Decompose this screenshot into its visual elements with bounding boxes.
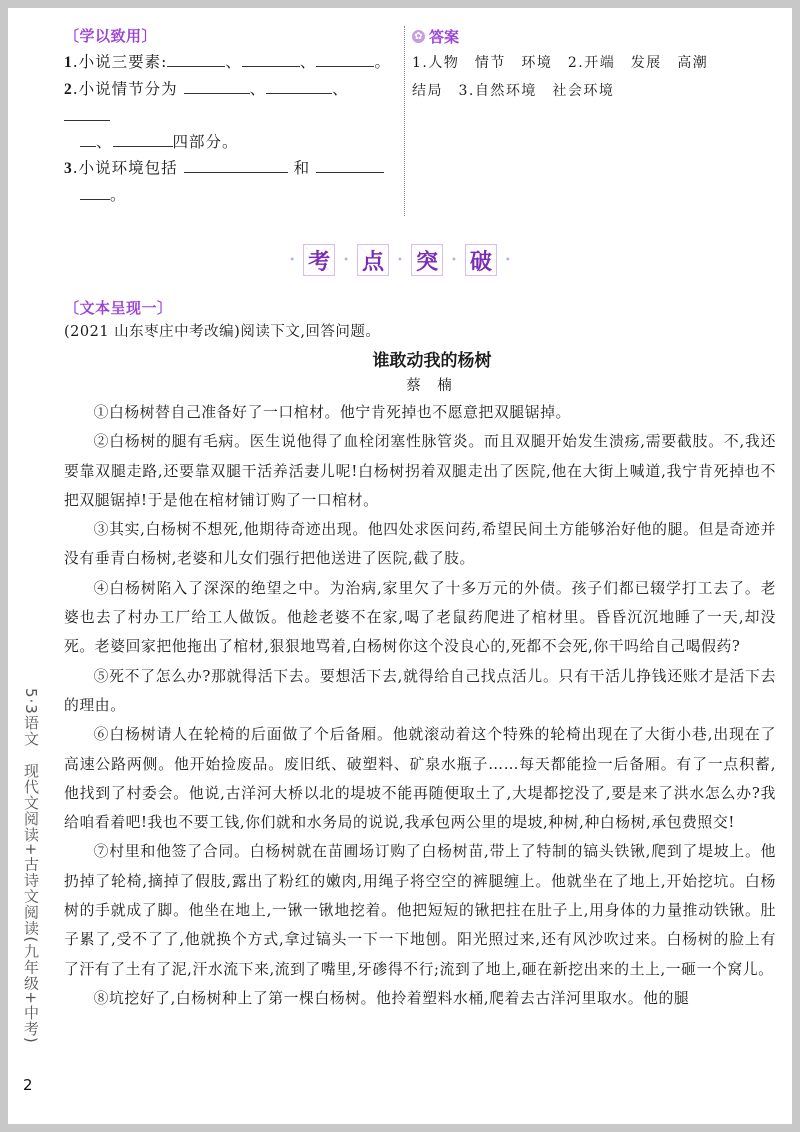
answer-line-2: 结局 3.自然环境 社会环境 bbox=[412, 77, 782, 105]
answer-section: ✿ 答案 1.人物 情节 环境 2.开端 发展 高潮 结局 3.自然环境 社会环… bbox=[412, 23, 782, 105]
paragraph-3: ③其实,白杨树不想死,他期待奇迹出现。他四处求医问药,希望民间土方能够治好他的腿… bbox=[64, 515, 776, 574]
paragraph-7: ⑦村里和他签了合同。白杨树就在苗圃场订购了白杨树苗,带上了特制的镐头铁锹,爬到了… bbox=[64, 837, 776, 983]
book-spine-label: 5·3语文 现代文阅读+古诗文阅读(九年级+中考) bbox=[18, 688, 42, 1044]
separator: 、 bbox=[96, 133, 113, 151]
reading-passage: 〔文本呈现一〕 (2021 山东枣庄中考改编)阅读下文,回答问题。 谁敢动我的杨… bbox=[64, 296, 776, 1013]
answer-header: ✿ 答案 bbox=[412, 23, 782, 49]
practice-tag: 〔学以致用〕 bbox=[64, 23, 394, 49]
answer-blank[interactable] bbox=[113, 132, 173, 147]
banner-char: 破 bbox=[465, 244, 497, 276]
question-3-text: .小说环境包括 bbox=[73, 159, 178, 177]
period: 。 bbox=[110, 186, 127, 204]
separator: 、 bbox=[300, 53, 317, 71]
question-2-number: 2 bbox=[64, 81, 73, 98]
conjunction: 和 bbox=[294, 159, 311, 177]
question-1-text: .小说三要素: bbox=[73, 53, 168, 71]
question-2-end: 四部分。 bbox=[173, 133, 239, 151]
separator: 、 bbox=[225, 53, 242, 71]
paragraph-1: ①白杨树替自己准备好了一口棺材。他宁肯死掉也不愿意把双腿锯掉。 bbox=[64, 398, 776, 427]
banner-char: 突 bbox=[411, 244, 443, 276]
answer-blank[interactable] bbox=[64, 106, 110, 121]
section-banner: • 考 • 点 • 突 • 破 • bbox=[8, 244, 792, 276]
paragraph-8: ⑧坑挖好了,白杨树种上了第一棵白杨树。他拎着塑料水桶,爬着去古洋河里取水。他的腿 bbox=[64, 984, 776, 1013]
answer-line-1: 1.人物 情节 环境 2.开端 发展 高潮 bbox=[412, 49, 782, 77]
question-3: 3.小说环境包括 和 bbox=[64, 155, 394, 182]
passage-intro: (2021 山东枣庄中考改编)阅读下文,回答问题。 bbox=[64, 320, 776, 344]
dot-decoration: • bbox=[505, 255, 511, 266]
dot-decoration: • bbox=[397, 255, 403, 266]
paragraph-4: ④白杨树陷入了深深的绝望之中。为治病,家里欠了十多万元的外债。孩子们都已辍学打工… bbox=[64, 574, 776, 662]
passage-author: 蔡 楠 bbox=[64, 374, 776, 398]
paragraph-6: ⑥白杨树请人在轮椅的后面做了个后备厢。他就滚动着这个特殊的轮椅出现在了大街小巷,… bbox=[64, 720, 776, 837]
banner-char: 考 bbox=[303, 244, 335, 276]
separator: 、 bbox=[250, 80, 267, 98]
practice-section: 〔学以致用〕 1.小说三要素:、、。 2.小说情节分为 、、 、四部分。 3.小… bbox=[64, 23, 394, 208]
column-divider bbox=[404, 26, 405, 216]
question-1: 1.小说三要素:、、。 bbox=[64, 49, 394, 76]
banner-char: 点 bbox=[357, 244, 389, 276]
answer-blank[interactable] bbox=[80, 185, 110, 200]
dot-decoration: • bbox=[289, 255, 295, 266]
separator: 、 bbox=[332, 80, 349, 98]
answer-blank[interactable] bbox=[316, 158, 384, 173]
question-2: 2.小说情节分为 、、 bbox=[64, 76, 394, 129]
document-page: 〔学以致用〕 1.小说三要素:、、。 2.小说情节分为 、、 、四部分。 3.小… bbox=[8, 8, 792, 1124]
dot-decoration: • bbox=[451, 255, 457, 266]
question-2-text: .小说情节分为 bbox=[73, 80, 178, 98]
answer-title: 答案 bbox=[429, 26, 459, 47]
answer-blank[interactable] bbox=[167, 52, 225, 67]
passage-title: 谁敢动我的杨树 bbox=[64, 348, 776, 374]
page-number: 2 bbox=[23, 1076, 33, 1094]
paragraph-2: ②白杨树的腿有毛病。医生说他得了血栓闭塞性脉管炎。而且双腿开始发生溃疡,需要截肢… bbox=[64, 427, 776, 515]
flower-icon: ✿ bbox=[412, 30, 425, 43]
answer-blank[interactable] bbox=[184, 79, 250, 94]
paragraph-5: ⑤死不了怎么办?那就得活下去。要想活下去,就得给自己找点活儿。只有干活儿挣钱还账… bbox=[64, 662, 776, 721]
dot-decoration: • bbox=[343, 255, 349, 266]
question-1-number: 1 bbox=[64, 54, 73, 71]
answer-blank[interactable] bbox=[184, 158, 288, 173]
question-3-number: 3 bbox=[64, 160, 73, 177]
answer-blank[interactable] bbox=[80, 132, 96, 147]
question-2-continued: 、四部分。 bbox=[64, 129, 394, 155]
answer-blank[interactable] bbox=[316, 52, 374, 67]
answer-blank[interactable] bbox=[266, 79, 332, 94]
answer-blank[interactable] bbox=[242, 52, 300, 67]
period: 。 bbox=[374, 53, 391, 71]
passage-tag: 〔文本呈现一〕 bbox=[64, 296, 776, 320]
question-3-continued: 。 bbox=[64, 182, 394, 208]
